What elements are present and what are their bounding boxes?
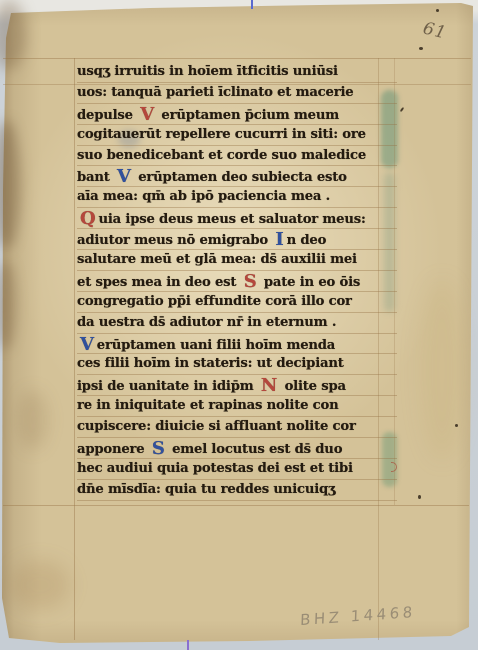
manuscript-line: depulse V erūptamen p̄cium meum (77, 104, 397, 125)
line-text: re in iniquitate et rapinas nolite con (77, 398, 339, 413)
illuminated-initial-blue: V (77, 335, 97, 355)
manuscript-line: congregatio pp̄i effundite corā illo cor (77, 292, 397, 313)
manuscript-line: apponere S emel locutus est ds̄ duo (77, 438, 397, 459)
line-text: erūptamen p̄cium meum (157, 108, 339, 123)
manuscript-line: Quia ipse deus meus et saluator meus: (77, 208, 397, 229)
ruling-line-bottom (3, 505, 469, 506)
manuscript-line: usqʒ irruitis in hoīem ītficitis uniūsi (77, 62, 397, 83)
line-text: et spes mea in deo est (77, 275, 241, 290)
illuminated-initial-blue: V (114, 167, 134, 187)
line-text: pate in eo ōis (260, 275, 361, 290)
line-text: congregatio pp̄i effundite corā illo cor (77, 294, 352, 309)
line-text: cupiscere: diuicie si affluant nolite co… (77, 419, 356, 434)
line-text: olite spa (280, 379, 346, 394)
line-text: uos: tanquā parieti īclinato et macerie (77, 85, 353, 100)
manuscript-line: adiutor meus nō emigrabo In deo (77, 229, 397, 250)
line-text: suo benedicebant et corde suo maledice (77, 148, 366, 163)
manuscript-line: uos: tanquā parieti īclinato et macerie (77, 83, 397, 104)
illuminated-initial-red: N (258, 376, 280, 396)
manuscript-line: aīa mea: qm̄ ab ipō paciencia mea . (77, 187, 397, 208)
line-text: usqʒ irruitis in hoīem ītficitis uniūsi (77, 64, 338, 79)
line-text: adiutor meus nō emigrabo (77, 233, 272, 248)
manuscript-line: da uestra ds̄ adiutor nr̄ in eternum . (77, 313, 397, 334)
line-text: cogitauerūt repellere cucurri in siti: o… (77, 127, 366, 142)
line-text: apponere (77, 442, 149, 457)
illuminated-initial-blue: S (149, 439, 168, 459)
ink-speck-1 (436, 9, 439, 12)
text-lines: usqʒ irruitis in hoīem ītficitis uniūsiu… (77, 62, 397, 501)
line-text: depulse (77, 108, 137, 123)
line-text: erūptamen deo subiecta esto (134, 170, 347, 185)
illuminated-initial-blue: I (272, 230, 286, 250)
manuscript-line: cogitauerūt repellere cucurri in siti: o… (77, 125, 397, 146)
manuscript-line: cupiscere: diuicie si affluant nolite co… (77, 417, 397, 438)
line-text: erūptamen uani filii hoīm menda (97, 338, 335, 353)
line-text: bant (77, 170, 114, 185)
ink-speck-5 (418, 495, 421, 499)
illuminated-initial-red: Q (77, 209, 98, 229)
line-text: dn̄e mīsdīa: quia tu reddes unicuiqʒ (77, 482, 335, 497)
line-text: hec audiui quia potestas dei est et tibi (77, 461, 353, 476)
line-text: ipsi de uanitate in idip̄m (77, 379, 258, 394)
manuscript-line: salutare meū et glā mea: ds̄ auxilii mei (77, 250, 397, 271)
text-block: usqʒ irruitis in hoīem ītficitis uniūsiu… (77, 62, 397, 501)
manuscript-line: bant V erūptamen deo subiecta esto (77, 166, 397, 187)
line-text: n deo (287, 233, 327, 248)
ink-speck-4 (455, 424, 458, 427)
ink-speck-2 (419, 47, 423, 50)
manuscript-line: Verūptamen uani filii hoīm menda (77, 334, 397, 355)
blue-pen-mark-top (251, 0, 253, 9)
manuscript-line: re in iniquitate et rapinas nolite con (77, 396, 397, 417)
manuscript-line: ipsi de uanitate in idip̄m N olite spa (77, 375, 397, 396)
manuscript-line: dn̄e mīsdīa: quia tu reddes unicuiqʒ (77, 480, 397, 501)
manuscript-line: et spes mea in deo est S pate in eo ōis (77, 271, 397, 292)
line-text: aīa mea: qm̄ ab ipō paciencia mea . (77, 189, 330, 204)
line-text: uia ipse deus meus et saluator meus: (98, 212, 365, 227)
line-text: emel locutus est ds̄ duo (168, 442, 343, 457)
scan-background: { "page": { "type": "medieval manuscript… (0, 0, 478, 650)
ruling-vertical-left (74, 58, 75, 640)
manuscript-line: ces filii hoīm in stateris: ut decipiant (77, 354, 397, 375)
illuminated-initial-red: V (137, 105, 157, 125)
manuscript-line: suo benedicebant et corde suo maledice (77, 146, 397, 167)
manuscript-line: hec audiui quia potestas dei est et tibi (77, 459, 397, 480)
purple-pen-mark-bottom (187, 640, 189, 650)
line-text: ces filii hoīm in stateris: ut decipiant (77, 356, 344, 371)
line-text: da uestra ds̄ adiutor nr̄ in eternum . (77, 315, 336, 330)
line-text: salutare meū et glā mea: ds̄ auxilii mei (77, 252, 357, 267)
illuminated-initial-red: S (241, 272, 260, 292)
